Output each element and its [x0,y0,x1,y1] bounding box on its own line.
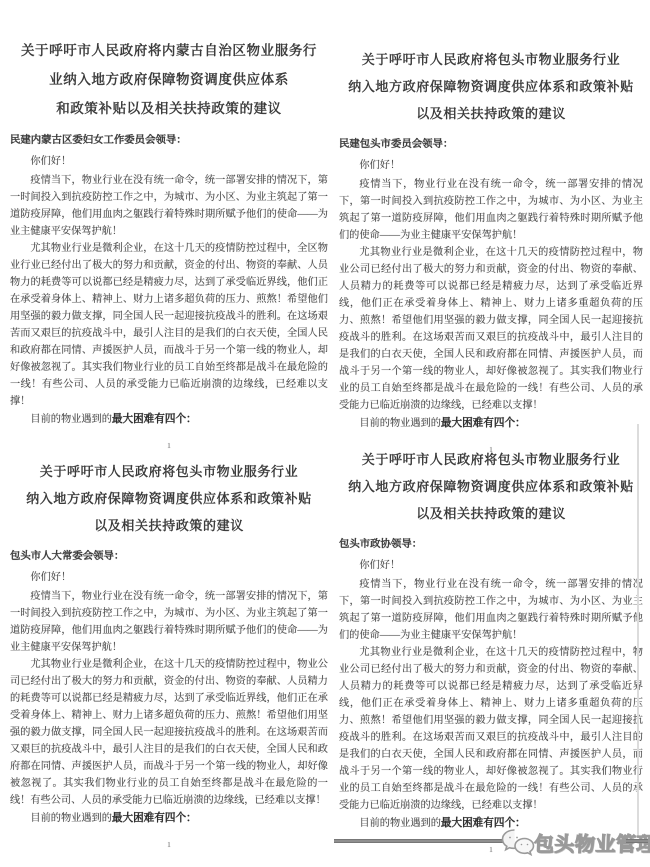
document-page-3: 关于呼吁市人民政府将包头市物业服务行业 纳入地方政府保障物资调度供应体系和政策补… [10,458,328,854]
document-2-body: 民建包头市委员会领导： 你们好！ 疫情当下，物业行业在没有统一命令，统一部署安排… [339,136,643,459]
title-line: 以及相关扶持政策的建议 [10,512,328,539]
greeting-line: 你们好！ [10,569,328,586]
document-page-4: 关于呼吁市人民政府将包头市物业服务行业 纳入地方政府保障物资调度供应体系和政策补… [339,446,643,859]
document-page-2: 关于呼吁市人民政府将包头市物业服务行业 纳入地方政府保障物资调度供应体系和政策补… [339,46,643,459]
title-line: 关于呼吁市人民政府将包头市物业服务行业 [339,446,643,473]
greeting-line: 你们好！ [10,153,328,170]
greeting-line: 你们好！ [339,157,643,174]
title-line: 以及相关扶持政策的建议 [339,100,643,127]
closing-prefix: 目前的物业遇到的 [359,418,441,429]
document-4-body: 包头市政协领导： 你们好！ 疫情当下，物业行业在没有统一命令，统一部署安排的情况… [339,536,643,859]
document-2-title: 关于呼吁市人民政府将包头市物业服务行业 纳入地方政府保障物资调度供应体系和政策补… [339,46,643,127]
greeting-line: 你们好！ [339,557,643,574]
document-3-body: 包头市人大常委会领导： 你们好！ 疫情当下，物业行业在没有统一命令，统一部署安排… [10,548,328,854]
title-line: 纳入地方政府保障物资调度供应体系和政策补贴 [10,485,328,512]
document-1-title: 关于呼吁市人民政府将内蒙古自治区物业服务行 业纳入地方政府保障物资调度供应体系 … [10,36,328,123]
document-3-title: 关于呼吁市人民政府将包头市物业服务行业 纳入地方政府保障物资调度供应体系和政策补… [10,458,328,539]
closing-line: 目前的物业遇到的最大困难有四个： [10,810,328,827]
paragraph: 尤其物业行业是微利企业，在这十几天的疫情防控过程中，物业公司已经付出了极大的努力… [339,644,643,814]
footer-divider-line [334,839,506,843]
watermark-footer: 包头物业管理 [0,826,650,860]
closing-line: 目前的物业遇到的最大困难有四个： [10,411,328,428]
chat-bubbles-icon [500,827,536,857]
paragraph: 尤其物业行业是微利企业，在这十几天的疫情防控过程中，物业公司已经付出了极大的努力… [339,244,643,414]
closing-prefix: 目前的物业遇到的 [30,813,112,824]
paragraph: 尤其物业行业是微利企业，在这十几天的疫情防控过程中，物业公司已经付出了极大的努力… [10,656,328,809]
title-line: 关于呼吁市人民政府将包头市物业服务行业 [339,46,643,73]
title-line: 关于呼吁市人民政府将包头市物业服务行业 [10,458,328,485]
paragraph: 疫情当下，物业行业在没有统一命令，统一部署安排的情况下，第一时间投入到抗疫防控工… [10,588,328,656]
addressee-line: 包头市人大常委会领导： [10,548,328,565]
addressee-line: 包头市政协领导： [339,536,643,553]
document-page-1: 关于呼吁市人民政府将内蒙古自治区物业服务行 业纳入地方政府保障物资调度供应体系 … [10,36,328,455]
title-line: 和政策补贴以及相关扶持政策的建议 [10,94,328,123]
closing-line: 目前的物业遇到的最大困难有四个： [339,415,643,432]
paragraph: 尤其物业行业是微利企业，在这十几天的疫情防控过程中，全区物业行业已经付出了极大的… [10,240,328,410]
document-1-body: 民建内蒙古区委妇女工作委员会领导： 你们好！ 疫情当下，物业行业在没有统一命令，… [10,132,328,455]
page-number: 1 [10,438,328,455]
closing-bold: 最大困难有四个： [112,414,197,425]
title-line: 纳入地方政府保障物资调度供应体系和政策补贴 [339,73,643,100]
title-line: 以及相关扶持政策的建议 [339,500,643,527]
paragraph: 疫情当下，物业行业在没有统一命令，统一部署安排的情况下，第一时间投入到抗疫防控工… [10,172,328,240]
paragraph: 疫情当下，物业行业在没有统一命令，统一部署安排的情况下，第一时间投入到抗疫防控工… [339,576,643,644]
closing-prefix: 目前的物业遇到的 [30,414,112,425]
paragraph: 疫情当下，物业行业在没有统一命令，统一部署安排的情况下，第一时间投入到抗疫防控工… [339,176,643,244]
closing-bold: 最大困难有四个： [112,813,197,824]
title-line: 关于呼吁市人民政府将内蒙古自治区物业服务行 [10,36,328,65]
addressee-line: 民建内蒙古区委妇女工作委员会领导： [10,132,328,149]
document-4-title: 关于呼吁市人民政府将包头市物业服务行业 纳入地方政府保障物资调度供应体系和政策补… [339,446,643,527]
title-line: 纳入地方政府保障物资调度供应体系和政策补贴 [339,473,643,500]
title-line: 业纳入地方政府保障物资调度供应体系 [10,65,328,94]
page-edge-line [637,424,639,836]
footer-divider-line-tail [626,839,648,843]
closing-bold: 最大困难有四个： [441,418,526,429]
addressee-line: 民建包头市委员会领导： [339,136,643,153]
